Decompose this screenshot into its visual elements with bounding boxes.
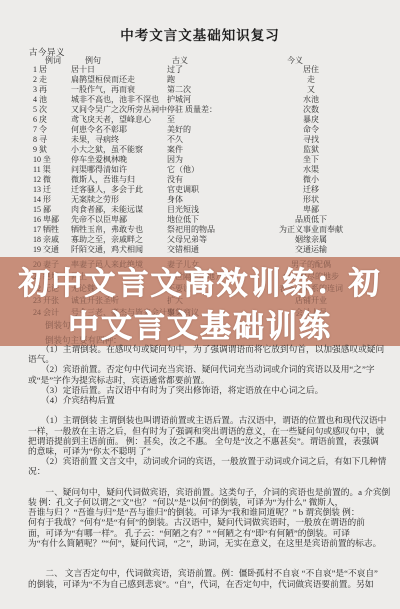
- body-line: （1）主谓倒装。在感叹句或疑问句中，为了强调谓语而将它放到句首，以加强感叹或疑问: [28, 344, 376, 354]
- body-line: 装 例：孔文子何以谓之“文”也？ “何以”是“以何”的倒装，可译为“为什么” 微…: [28, 497, 376, 507]
- table-row: 1 居 居十日 过了 居住: [0, 65, 400, 75]
- row-modern-meaning-cell: 次数: [256, 105, 366, 115]
- body-line: 的意味，可译为“你太不聪明 了”: [28, 446, 376, 456]
- table-row: 4 池 城非不高也，池非不深也 护城河 水池: [0, 95, 400, 105]
- row-ancient-meaning-cell: 没有: [167, 175, 256, 185]
- row-ancient-meaning-cell: 过了: [167, 65, 256, 75]
- row-word-cell: 8 寻: [33, 135, 71, 145]
- row-word-cell: 7 令: [33, 125, 71, 135]
- body-line: （3）定语后置。古汉语中有时为了突出修饰语，将定语放在中心词之后。: [28, 385, 376, 395]
- table-row: 15 鄙 肉食者鄙，未能远谋 目光短浅 卑鄙: [0, 205, 400, 215]
- row-ancient-meaning-cell: 地位低下: [167, 215, 256, 225]
- row-modern-meaning-cell: 姻缘亲属: [256, 235, 366, 245]
- row-sentence-cell: 扁鹊望桓侯而还走: [71, 75, 167, 85]
- body-line: （2）宾语前置。否定句中代词充当宾语、疑问代词充当动词或介词的宾语以及用“之”字: [28, 364, 376, 374]
- body-line: 或“是”字作为提宾标志时，宾语通常都要前置。: [28, 375, 376, 385]
- row-modern-meaning-cell: 监狱: [256, 145, 366, 155]
- table-row: 13 迁 迁客骚人，多会于此 官吏调职 迁移: [0, 185, 400, 195]
- table-row: 2 走 扁鹊望桓侯而还走 跑 走: [0, 75, 400, 85]
- row-modern-meaning-cell: 水渠: [256, 165, 366, 175]
- row-ancient-meaning-cell: 父母兄弟等: [167, 235, 256, 245]
- row-modern-meaning-cell: 卑鄙: [256, 205, 366, 215]
- row-word-cell: 2 走: [33, 75, 71, 85]
- row-word-cell: 11 渠: [33, 165, 71, 175]
- row-sentence-cell: 鸢飞戾天者，望峰息心: [71, 115, 167, 125]
- table-row: 7 令 何患令名不彰耶 美好的 命令: [0, 125, 400, 135]
- body-line: 面，可译为“有哪一样”。 孔子云：“何陋之有？” “何陋之有”即“有何陋”的倒装…: [28, 528, 376, 538]
- row-ancient-meaning-cell: 案件: [167, 145, 256, 155]
- body-line: [28, 548, 376, 558]
- row-modern-meaning-cell: 微小: [256, 175, 366, 185]
- row-sentence-cell: 阡陌交通，鸡犬相闻: [71, 245, 167, 255]
- row-sentence-cell: 何患令名不彰耶: [71, 125, 167, 135]
- row-ancient-meaning-cell: 第二次: [167, 85, 256, 95]
- table-row: 12 微 微斯人，吾谁与归 没有 微小: [0, 175, 400, 185]
- row-word-cell: 5 次: [33, 105, 71, 115]
- row-modern-meaning-cell: 暴戾: [256, 115, 366, 125]
- row-sentence-cell: 一股作气，再而衰: [71, 85, 167, 95]
- table-row: 10 坐 停车坐爱枫林晚 因为 坐下: [0, 155, 400, 165]
- body-line: 一样，一般放在主语之后，但有时为了强调和突出谓语的意义，在一些疑问句或感叹句中，…: [28, 426, 376, 436]
- row-ancient-meaning-cell: 因为: [167, 155, 256, 165]
- row-sentence-cell: 微斯人，吾谁与归: [71, 175, 167, 185]
- body-line: 何有于我哉？“何有”是“有何”的倒装。古汉语中，疑问代词做宾语时，一般放在谓语的…: [28, 517, 376, 527]
- row-word-cell: 9 狱: [33, 145, 71, 155]
- body-line: 把谓语提前到主语前面。 例：甚矣，汝之不惠。 全句是“汝之不惠甚矣”。谓语前置，…: [28, 436, 376, 446]
- row-sentence-cell: 居十日: [71, 65, 167, 75]
- row-sentence-cell: 问渠哪得清如许: [71, 165, 167, 175]
- row-ancient-meaning-cell: 至: [167, 115, 256, 125]
- row-sentence-cell: 停车坐爱枫林晚: [71, 155, 167, 165]
- row-word-cell: 16 卑鄙: [33, 215, 71, 225]
- row-ancient-meaning-cell: 目光短浅: [167, 205, 256, 215]
- row-ancient-meaning-cell: 它（他）: [167, 165, 256, 175]
- row-word-cell: 6 戾: [33, 115, 71, 125]
- table-row: 5 次 又间令吴广之次所旁丛祠中 停驻 质量差： 次数: [0, 105, 400, 115]
- row-ancient-meaning-cell: 护城河: [167, 95, 256, 105]
- row-word-cell: 18 亲戚: [33, 235, 71, 245]
- body-line: （2）宾语前置 文言文中，动词或介词的宾语，一般放置于动词或介词之后，有如下几种…: [28, 456, 376, 466]
- row-ancient-meaning-cell: 祭祀用的物品: [167, 225, 256, 235]
- row-word-cell: 17 牺牲: [33, 225, 71, 235]
- row-modern-meaning-cell: 命令: [256, 125, 366, 135]
- body-line: [28, 477, 376, 487]
- body-line: [28, 558, 376, 568]
- row-modern-meaning-cell: 为正义事业而奉献: [256, 225, 366, 235]
- row-ancient-meaning-cell: 跑: [167, 75, 256, 85]
- body-line: 为“有什么简陋呢？”“何”，疑问代词，“之”，助词，无实在意义，在这里是宾语前置…: [28, 538, 376, 548]
- table-row: 6 戾 鸢飞戾天者，望峰息心 至 暴戾: [0, 115, 400, 125]
- table-row: 9 狱 小大之狱，虽不能察 案件 监狱: [0, 145, 400, 155]
- row-modern-meaning-cell: 水池: [256, 95, 366, 105]
- row-modern-meaning-cell: 坐下: [256, 155, 366, 165]
- table-row: 18 亲戚 寡助之至，亲戚畔之 父母兄弟等 姻缘亲属: [0, 235, 400, 245]
- row-sentence-cell: 小大之狱，虽不能察: [71, 145, 167, 155]
- table-row: 11 渠 问渠哪得清如许 它（他） 水渠: [0, 165, 400, 175]
- row-word-cell: 3 再: [33, 85, 71, 95]
- row-sentence-cell: 肉食者鄙，未能远谋: [71, 205, 167, 215]
- row-word-cell: 15 鄙: [33, 205, 71, 215]
- row-modern-meaning-cell: 又: [256, 85, 366, 95]
- body-line: 的倒装，可译为“不为自己感到悲哀”。“自”，代词，在否定句中，代词做宾语要前置。…: [28, 579, 376, 589]
- table-row: 14 形 无案牍之劳形 身体 形状: [0, 195, 400, 205]
- table-row: 17 牺牲 牺牲玉帛，弗敢专也 祭祀用的物品 为正义事业而奉献: [0, 225, 400, 235]
- watermark-text: 初中文言文高效训练：初 中文言文基础训练: [0, 257, 400, 346]
- row-sentence-cell: 迁客骚人，多会于此: [71, 185, 167, 195]
- body-line: [28, 405, 376, 415]
- body-line: 吾谁与归 ？“吾谁与归”是“吾与谁归”的倒装。可译为“我和谁同道呢？” b 谓宾…: [28, 507, 376, 517]
- row-sentence-cell: 寡助之至，亲戚畔之: [71, 235, 167, 245]
- row-ancient-meaning-cell: 美好的: [167, 125, 256, 135]
- watermark-band: 20 妻子 率妻子邑人来此绝境 妻子儿女 男子的配偶 21 绝境 同上 与世隔绝…: [0, 257, 400, 346]
- row-word-cell: 1 居: [33, 65, 71, 75]
- page-title: 中考文言文基础知识复习: [0, 24, 400, 44]
- body-line: 一、疑问句中，疑问代词做宾语，宾语前置。这类句子，介词的宾语也是前置的。a 介宾…: [28, 487, 376, 497]
- row-modern-meaning-cell: 品质低下: [256, 215, 366, 225]
- row-sentence-cell: 先帝不以臣卑鄙: [71, 215, 167, 225]
- row-ancient-meaning-cell: 不久: [167, 135, 256, 145]
- table-row: 8 寻 未果，寻病终 不久 寻找: [0, 135, 400, 145]
- watermark-line-2: 中文言文基础训练: [0, 305, 400, 346]
- body-line: 况：: [28, 466, 376, 476]
- row-ancient-meaning-cell: 停驻 质量差：: [167, 105, 256, 115]
- row-sentence-cell: 无案牍之劳形: [71, 195, 167, 205]
- table-body: 1 居 居十日 过了 居住 2 走 扁鹊望桓侯而还走 跑 走 3 再 一股作气，…: [0, 65, 400, 255]
- table-row: 3 再 一股作气，再而衰 第二次 又: [0, 85, 400, 95]
- row-ancient-meaning-cell: 交错相通: [167, 245, 256, 255]
- row-sentence-cell: 城非不高也，池非不深也: [71, 95, 167, 105]
- body-line: 二、 文言否定句中，代词做宾语，宾语前置。例：僵卧孤村不自哀 “不自哀”是“不哀…: [28, 568, 376, 578]
- body-text: （1）主谓倒装。在感叹句或疑问句中，为了强调谓语而将它放到句首，以加强感叹或疑问…: [0, 344, 400, 589]
- row-ancient-meaning-cell: 官吏调职: [167, 185, 256, 195]
- watermark-line-1: 初中文言文高效训练：初: [0, 262, 400, 305]
- table-row: 19 交通 阡陌交通，鸡犬相闻 交错相通 交通运输: [0, 245, 400, 255]
- row-word-cell: 4 池: [33, 95, 71, 105]
- table-row: 16 卑鄙 先帝不以臣卑鄙 地位低下 品质低下: [0, 215, 400, 225]
- row-modern-meaning-cell: 寻找: [256, 135, 366, 145]
- row-sentence-cell: 未果，寻病终: [71, 135, 167, 145]
- body-line: 语气。: [28, 354, 376, 364]
- row-modern-meaning-cell: 迁移: [256, 185, 366, 195]
- row-word-cell: 10 坐: [33, 155, 71, 165]
- row-modern-meaning-cell: 居住: [256, 65, 366, 75]
- row-word-cell: 14 形: [33, 195, 71, 205]
- document-page: 中考文言文基础知识复习 古今异义 例词 例句 古义 今义 1 居 居十日 过了 …: [0, 0, 400, 609]
- row-modern-meaning-cell: 交通运输: [256, 245, 366, 255]
- row-sentence-cell: 又间令吴广之次所旁丛祠中: [71, 105, 167, 115]
- row-word-cell: 13 迁: [33, 185, 71, 195]
- row-modern-meaning-cell: 形状: [256, 195, 366, 205]
- row-word-cell: 12 微: [33, 175, 71, 185]
- row-word-cell: 19 交通: [33, 245, 71, 255]
- body-line: （4）介宾结构后置: [28, 395, 376, 405]
- body-line: （1）主谓倒装 主谓倒装也叫谓语前置或主语后置。古汉语中，谓语的位置也和现代汉语…: [28, 415, 376, 425]
- row-modern-meaning-cell: 走: [256, 75, 366, 85]
- row-sentence-cell: 牺牲玉帛，弗敢专也: [71, 225, 167, 235]
- row-ancient-meaning-cell: 身体: [167, 195, 256, 205]
